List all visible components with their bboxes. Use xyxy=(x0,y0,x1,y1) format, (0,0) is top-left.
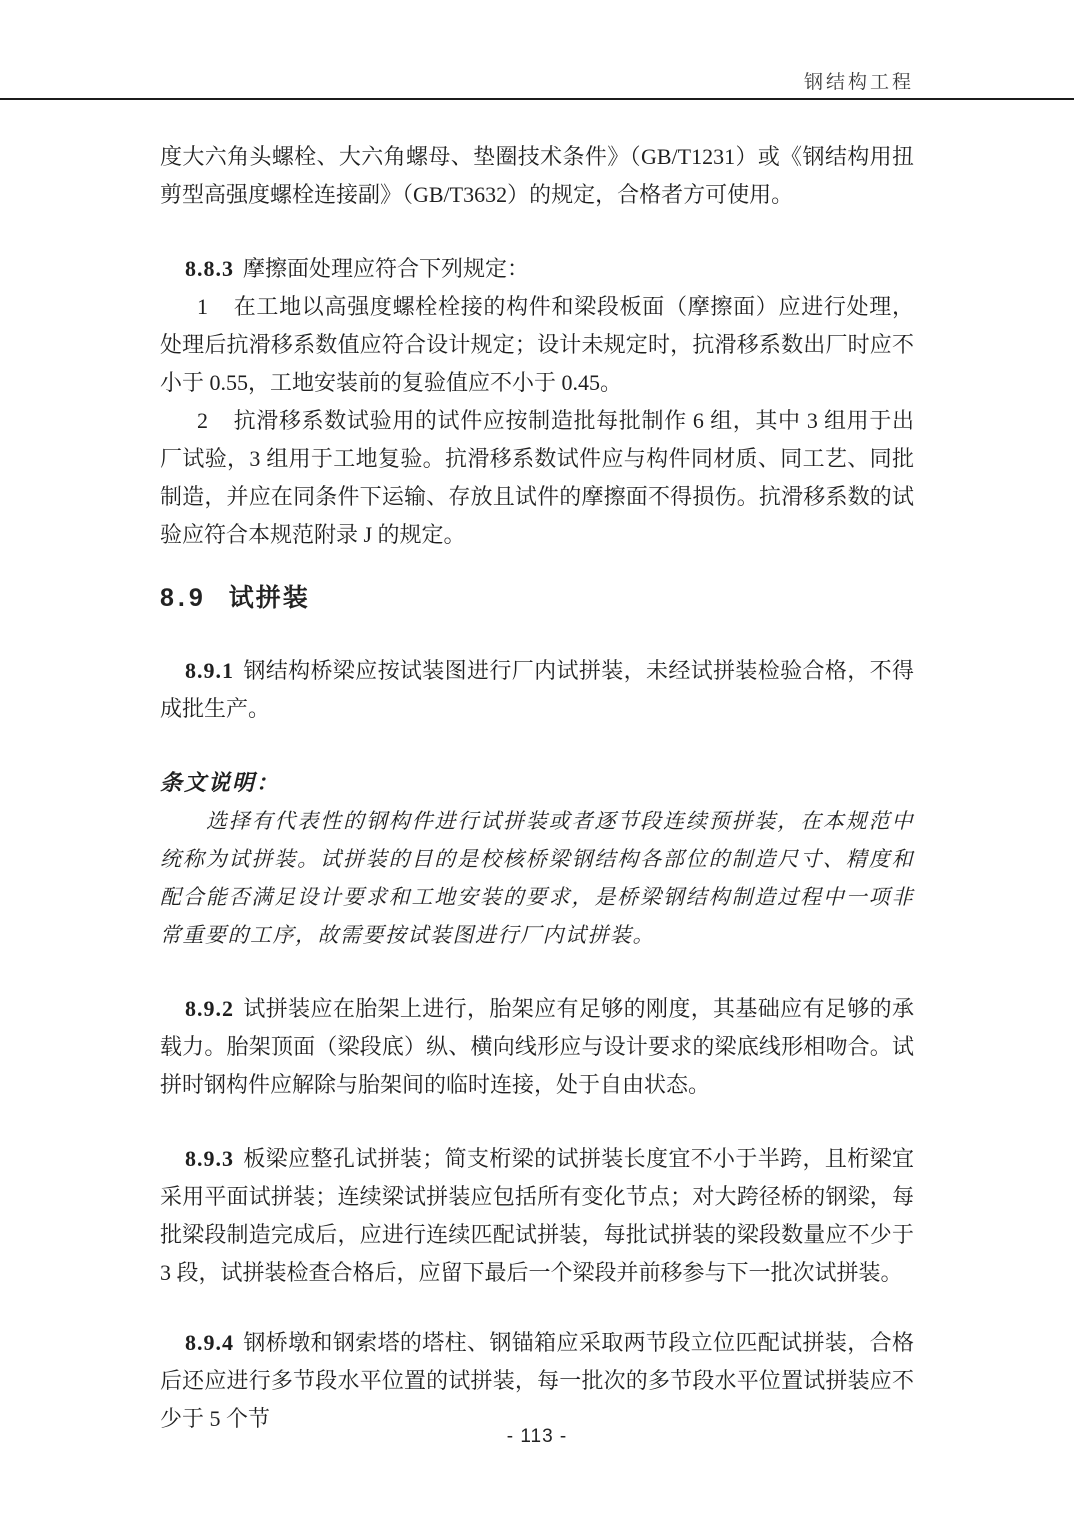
clause-text: 摩擦面处理应符合下列规定： xyxy=(243,256,529,281)
clause-text: 钢桥墩和钢索塔的塔柱、钢锚箱应采取两节段立位匹配试拼装，合格后还应进行多节段水平… xyxy=(160,1330,914,1431)
item-text: 在工地以高强度螺栓栓接的构件和梁段板面（摩擦面）应进行处理，处理后抗滑移系数值应… xyxy=(160,294,914,395)
clause-number: 8.9.2 xyxy=(185,996,234,1021)
clause-number: 8.9.3 xyxy=(185,1146,234,1171)
clause-8-9-4: 8.9.4钢桥墩和钢索塔的塔柱、钢锚箱应采取两节段立位匹配试拼装，合格后还应进行… xyxy=(160,1324,914,1438)
running-head-title: 钢结构工程 xyxy=(160,72,914,94)
item-number: 1 xyxy=(197,294,208,319)
item-text: 抗滑移系数试验用的试件应按制造批每批制作 6 组，其中 3 组用于出厂试验，3 … xyxy=(160,408,914,547)
clause-number: 8.9.1 xyxy=(185,658,234,683)
clause-text: 试拼装应在胎架上进行，胎架应有足够的刚度，其基础应有足够的承载力。胎架顶面（梁段… xyxy=(160,996,914,1097)
clause-8-9-2: 8.9.2试拼装应在胎架上进行，胎架应有足够的刚度，其基础应有足够的承载力。胎架… xyxy=(160,990,914,1104)
clause-text: 板梁应整孔试拼装；简支桁梁的试拼装长度宜不小于半跨，且桁梁宜采用平面试拼装；连续… xyxy=(160,1146,914,1285)
paragraph-continuation: 度大六角头螺栓、大六角螺母、垫圈技术条件》（GB/T1231）或《钢结构用扭剪型… xyxy=(160,138,914,214)
clause-8-9-3: 8.9.3板梁应整孔试拼装；简支桁梁的试拼装长度宜不小于半跨，且桁梁宜采用平面试… xyxy=(160,1140,914,1292)
section-number: 8.9 xyxy=(160,584,207,612)
clause-number: 8.9.4 xyxy=(185,1330,234,1355)
clause-text: 钢结构桥梁应按试装图进行厂内试拼装，未经试拼装检验合格，不得成批生产。 xyxy=(160,658,914,721)
list-item-1: 1在工地以高强度螺栓栓接的构件和梁段板面（摩擦面）应进行处理，处理后抗滑移系数值… xyxy=(160,288,914,402)
clause-8-9-1: 8.9.1钢结构桥梁应按试装图进行厂内试拼装，未经试拼装检验合格，不得成批生产。 xyxy=(160,652,914,728)
commentary-paragraph: 选择有代表性的钢构件进行试拼装或者逐节段连续预拼装，在本规范中统称为试拼装。试拼… xyxy=(160,802,914,954)
list-item-2: 2抗滑移系数试验用的试件应按制造批每批制作 6 组，其中 3 组用于出厂试验，3… xyxy=(160,402,914,554)
section-title: 试拼装 xyxy=(229,584,310,612)
document-page: 钢结构工程 度大六角头螺栓、大六角螺母、垫圈技术条件》（GB/T1231）或《钢… xyxy=(0,0,1074,1520)
item-number: 2 xyxy=(197,408,208,433)
clause-number: 8.8.3 xyxy=(185,256,234,281)
section-heading-8-9: 8.9试拼装 xyxy=(160,582,914,614)
clause-8-8-3: 8.8.3摩擦面处理应符合下列规定： xyxy=(160,250,914,288)
page-number: - 113 - xyxy=(507,1426,568,1447)
page-footer: - 113 - xyxy=(0,1426,1074,1448)
commentary-label: 条文说明： xyxy=(160,764,914,802)
page-header: 钢结构工程 xyxy=(0,0,1074,100)
page-body: 度大六角头螺栓、大六角螺母、垫圈技术条件》（GB/T1231）或《钢结构用扭剪型… xyxy=(160,138,914,1438)
commentary-label-text: 条文说明： xyxy=(160,770,280,795)
